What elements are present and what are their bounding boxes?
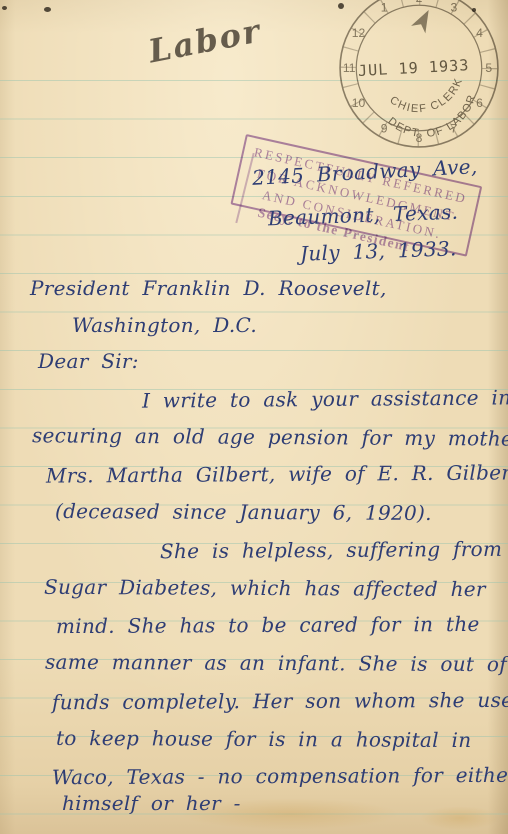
pencil-annotation: Labor xyxy=(145,11,264,70)
body-line: Sugar Diabetes, which has affected her xyxy=(44,575,486,601)
body-line: securing an old age pension for my mothe… xyxy=(32,423,508,450)
date-stamp-dial: 12 1 2 3 4 5 6 7 8 9 10 11 JUL 19 1933 xyxy=(333,0,505,154)
recipient-line: Washington, D.C. xyxy=(72,313,257,337)
recipient-line: President Franklin D. Roosevelt, xyxy=(30,276,387,300)
paper-speck xyxy=(44,7,51,12)
paper-stain xyxy=(420,806,500,830)
dial-number: 11 xyxy=(343,61,356,75)
body-line: Waco, Texas - no compensation for either xyxy=(52,763,508,789)
dial-number: 2 xyxy=(416,0,423,5)
body-line: Mrs. Martha Gilbert, wife of E. R. Gilbe… xyxy=(46,460,508,487)
letter-scan-page: Labor 12 1 2 3 4 5 6 7 8 9 10 11 xyxy=(0,0,508,834)
body-line: to keep house for is in a hospital in xyxy=(56,726,472,752)
dial-number: 5 xyxy=(485,61,492,75)
body-line: funds completely. Her son whom she used xyxy=(52,688,508,714)
date-stamp: 12 1 2 3 4 5 6 7 8 9 10 11 JUL 19 1933 xyxy=(333,0,505,154)
paper-speck xyxy=(338,3,344,9)
dial-number: 4 xyxy=(476,26,483,40)
body-line: I write to ask your assistance in xyxy=(142,385,508,412)
salutation: Dear Sir: xyxy=(38,349,139,373)
body-line: mind. She has to be cared for in the xyxy=(56,612,480,638)
body-line: (deceased since January 6, 1920). xyxy=(55,499,432,525)
stamp-date: JUL 19 1933 xyxy=(358,56,470,80)
dial-number: 1 xyxy=(381,0,388,14)
dial-number: 10 xyxy=(352,96,366,110)
body-line: himself or her - xyxy=(62,791,241,815)
paper-speck xyxy=(472,8,476,12)
body-line: She is helpless, suffering from xyxy=(160,537,502,563)
body-line: same manner as an infant. She is out of xyxy=(45,650,507,676)
dial-number: 3 xyxy=(451,0,458,14)
north-arrow-icon xyxy=(411,6,436,33)
dial-number: 12 xyxy=(352,26,366,40)
date-line: July 13, 1933. xyxy=(300,236,457,265)
paper-speck xyxy=(2,6,7,10)
